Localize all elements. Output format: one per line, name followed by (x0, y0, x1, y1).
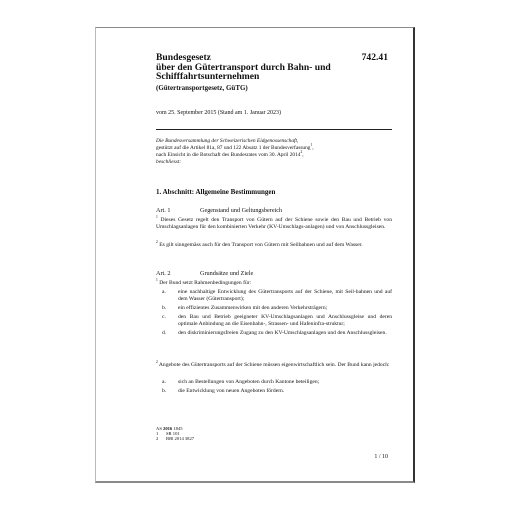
preamble-line-3: nach Einsicht in die Botschaft des Bunde… (156, 152, 314, 159)
article-1-heading: Art. 1Gegenstand und Geltungsbereich (156, 207, 282, 214)
list-item: d. den diskriminierungsfreien Zugang zu … (156, 330, 392, 337)
article-2-paragraph-2: 2 Angebote des Gütertransports auf der S… (156, 362, 392, 369)
article-number: Art. 2 (156, 270, 200, 277)
article-title: Grundsätze und Ziele (200, 270, 253, 277)
article-1-paragraph-2: 2 Es gilt sinngemäss auch für den Transp… (156, 242, 392, 249)
preamble: Die Bundesversammlung der Schweizerische… (156, 138, 314, 166)
document-page: Bundesgesetz über den Gütertransport dur… (95, 27, 415, 483)
article-2-paragraph-1: 1 Der Bund setzt Rahmenbedingungen für: (156, 280, 392, 287)
section-heading: 1. Abschnitt: Allgemeine Bestimmungen (156, 188, 275, 196)
list-item: b. die Entwicklung von neuen Angeboten f… (156, 388, 392, 395)
article-2-list-1: a. eine nachhaltige Entwicklung des Güte… (156, 289, 392, 339)
article-2-heading: Art. 2Grundsätze und Ziele (156, 270, 253, 277)
article-1-paragraph-1: 1 Dieses Gesetz regelt den Transport von… (156, 217, 392, 231)
preamble-line-1: Die Bundesversammlung der Schweizerische… (156, 138, 314, 145)
header-rule (156, 129, 392, 130)
list-item: b. ein effizientes Zusammenwirken mit de… (156, 305, 392, 312)
date-line: vom 25. September 2015 (Stand am 1. Janu… (156, 110, 281, 116)
sr-number: 742.41 (362, 52, 388, 63)
list-item: c. den Bau und Betrieb geeigneter KV-Ums… (156, 314, 392, 328)
article-2-list-2: a. sich an Bestellungen von Angeboten du… (156, 379, 392, 397)
document-title: Bundesgesetz über den Gütertransport dur… (156, 53, 331, 82)
footnote-2: 2BBl 2014 3827 (156, 436, 194, 441)
title-line-3: Schifffahrtsunternehmen (156, 72, 331, 82)
list-item: a. eine nachhaltige Entwicklung des Güte… (156, 289, 392, 303)
preamble-line-4: beschliesst: (156, 159, 314, 166)
short-title: (Gütertransportgesetz, GüTG) (156, 84, 248, 92)
footnotes: AS 2016 1845 1SR 101 2BBl 2014 3827 (156, 426, 194, 441)
list-item: a. sich an Bestellungen von Angeboten du… (156, 379, 392, 386)
article-number: Art. 1 (156, 207, 200, 214)
page-number: 1 / 10 (374, 454, 388, 460)
preamble-line-2: gestützt auf die Artikel 81a, 87 und 122… (156, 145, 314, 152)
article-title: Gegenstand und Geltungsbereich (200, 207, 282, 214)
